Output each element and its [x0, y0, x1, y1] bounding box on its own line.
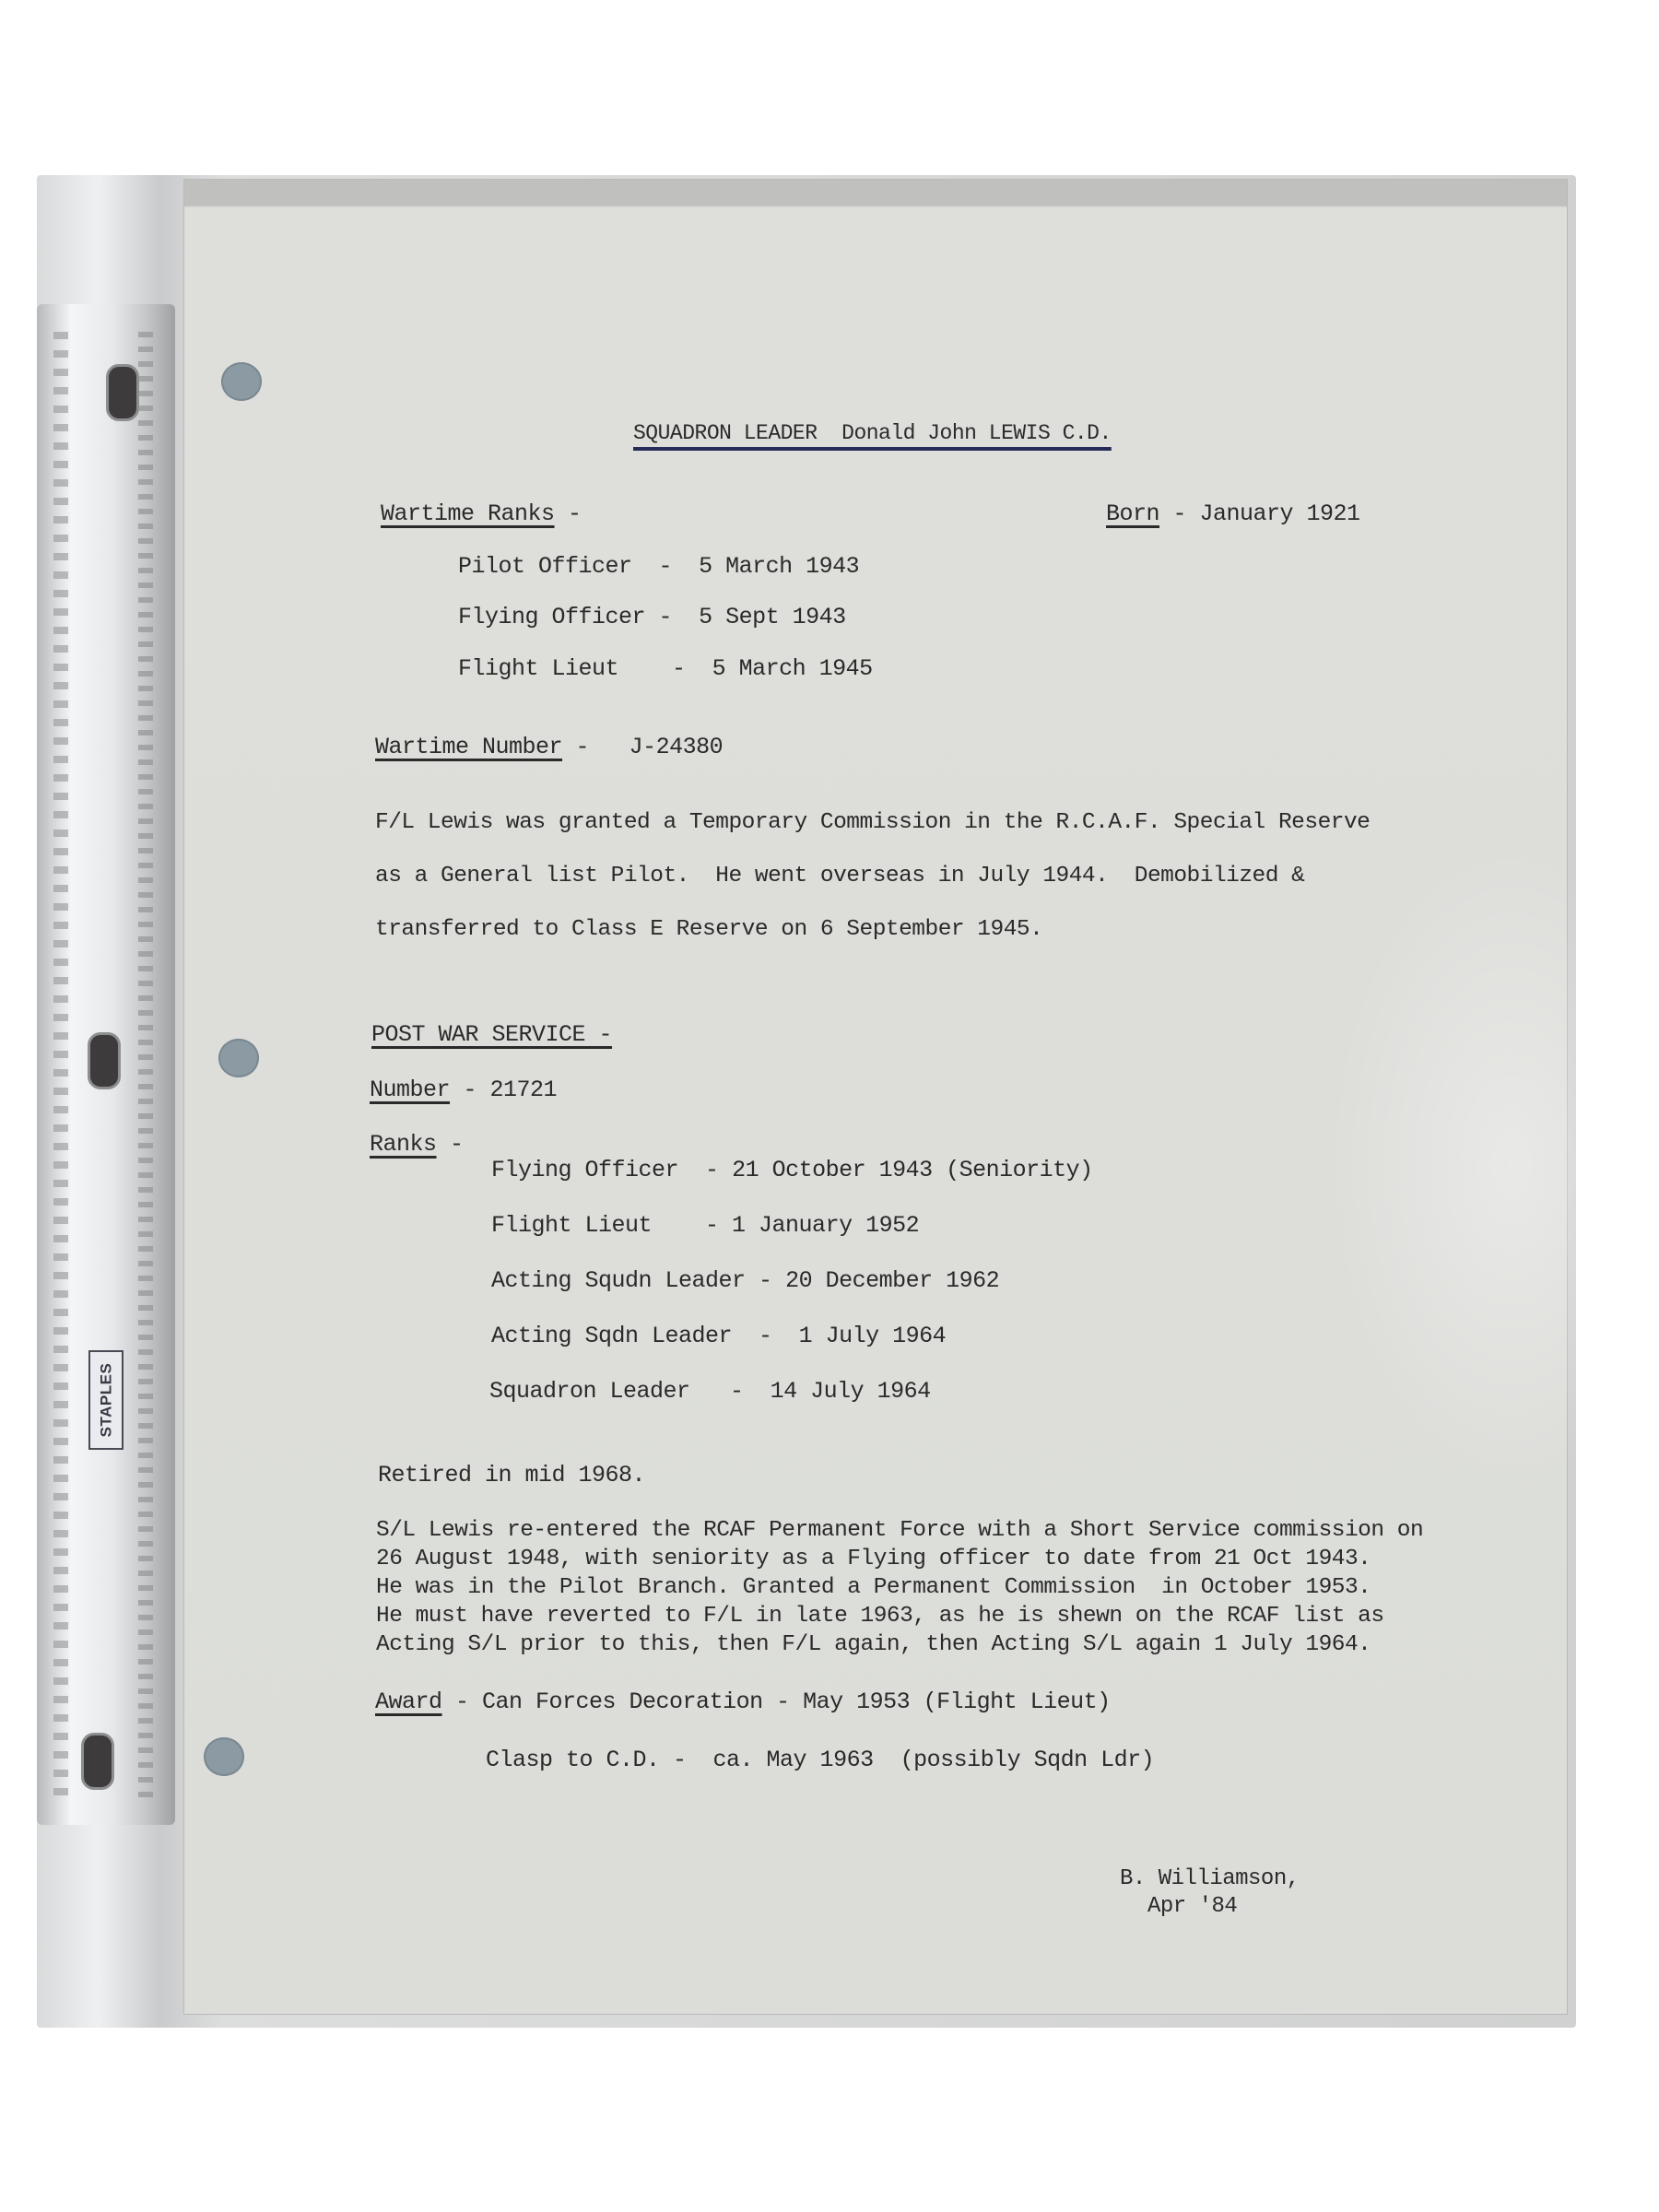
signature-name: B. Williamson,	[1120, 1866, 1300, 1891]
post-war-rank-row: Squadron Leader - 14 July 1964	[489, 1378, 931, 1405]
rank-date: 14 July 1964	[771, 1378, 931, 1405]
award-clasp-line: Clasp to C.D. - ca. May 1963 (possibly S…	[486, 1747, 1154, 1773]
rank-name: Pilot Officer	[458, 553, 632, 580]
sleeve-ring-slot-bottom	[81, 1733, 114, 1790]
wartime-ranks-dash: -	[555, 500, 582, 527]
document-page: SQUADRON LEADER Donald John LEWIS C.D. W…	[184, 180, 1567, 2014]
rank-name: Flight Lieut	[491, 1212, 652, 1239]
rank-sep: -	[732, 1323, 799, 1349]
born-value: - January 1921	[1159, 500, 1360, 527]
signature-date: Apr '84	[1147, 1894, 1237, 1919]
wartime-paragraph-line: F/L Lewis was granted a Temporary Commis…	[375, 809, 1370, 838]
post-war-ranks-heading: Ranks -	[370, 1131, 464, 1158]
award-label: Award	[375, 1688, 442, 1715]
punch-hole-bottom	[204, 1737, 244, 1776]
wartime-rank-row: Pilot Officer - 5 March 1943	[458, 553, 859, 580]
wartime-ranks-label: Wartime Ranks	[381, 500, 555, 527]
rank-sep: -	[690, 1378, 771, 1405]
rank-date: 1 July 1964	[799, 1323, 947, 1349]
post-war-number-label: Number	[370, 1077, 450, 1103]
retired-note: Retired in mid 1968.	[378, 1462, 645, 1488]
rank-date: 1 January 1952	[732, 1212, 919, 1239]
rank-name: Flying Officer	[458, 604, 645, 630]
rank-sep: -	[746, 1267, 786, 1294]
post-war-ranks-dash: -	[437, 1131, 464, 1158]
post-war-ranks-label: Ranks	[370, 1131, 437, 1158]
page-title: SQUADRON LEADER Donald John LEWIS C.D.	[633, 421, 1112, 445]
sleeve-ring-slot-middle	[88, 1032, 121, 1089]
post-war-paragraph-line: 26 August 1948, with seniority as a Flyi…	[376, 1546, 1371, 1574]
post-war-heading: POST WAR SERVICE -	[371, 1021, 612, 1048]
post-war-paragraph-line: S/L Lewis re-entered the RCAF Permanent …	[376, 1517, 1423, 1546]
wartime-number-label: Wartime Number	[375, 734, 562, 760]
wartime-paragraph-line: transferred to Class E Reserve on 6 Sept…	[375, 916, 1042, 945]
post-war-paragraph-line: He was in the Pilot Branch. Granted a Pe…	[376, 1574, 1371, 1603]
wartime-number-dash: -	[562, 734, 629, 760]
wartime-ranks-heading: Wartime Ranks -	[381, 500, 582, 527]
sleeve-ring-slot-top	[106, 364, 139, 421]
rank-date: 5 March 1945	[712, 655, 873, 682]
punch-hole-middle	[218, 1039, 259, 1077]
post-war-rank-row: Acting Sqdn Leader - 1 July 1964	[491, 1323, 946, 1349]
post-war-paragraph-line: He must have reverted to F/L in late 196…	[376, 1603, 1384, 1631]
award-value: - Can Forces Decoration - May 1953 (Flig…	[442, 1688, 1111, 1715]
post-war-number-field: Number - 21721	[370, 1077, 557, 1103]
rank-name: Squadron Leader	[489, 1378, 690, 1405]
post-war-number-value: - 21721	[450, 1077, 557, 1103]
rank-sep: -	[652, 1212, 732, 1239]
post-war-rank-row: Flying Officer - 21 October 1943 (Senior…	[491, 1157, 1093, 1183]
post-war-rank-row: Acting Squdn Leader - 20 December 1962	[491, 1267, 999, 1294]
punch-hole-top	[221, 362, 262, 401]
post-war-paragraph-line: Acting S/L prior to this, then F/L again…	[376, 1631, 1371, 1660]
sleeve-perforation-left	[53, 332, 68, 1806]
rank-sep: -	[645, 604, 699, 630]
post-war-rank-row: Flight Lieut - 1 January 1952	[491, 1212, 919, 1239]
wartime-rank-row: Flying Officer - 5 Sept 1943	[458, 604, 846, 630]
rank-date: 5 March 1943	[699, 553, 859, 580]
sleeve-perforation-right	[138, 332, 153, 1806]
born-field: Born - January 1921	[1106, 500, 1360, 527]
rank-sep: -	[618, 655, 712, 682]
rank-date: 20 December 1962	[785, 1267, 999, 1294]
staples-label-text: STAPLES	[97, 1363, 115, 1438]
rank-sep: -	[632, 553, 700, 580]
rank-name: Acting Sqdn Leader	[491, 1323, 732, 1349]
rank-date: 5 Sept 1943	[699, 604, 846, 630]
staples-brand-label: STAPLES	[88, 1350, 124, 1450]
wartime-number-value: J-24380	[629, 734, 724, 760]
wartime-number-field: Wartime Number - J-24380	[375, 734, 723, 760]
rank-name: Flying Officer	[491, 1157, 678, 1183]
rank-date: 21 October 1943 (Seniority)	[732, 1157, 1093, 1183]
sleeve-glare	[1327, 843, 1659, 1488]
wartime-paragraph-line: as a General list Pilot. He went oversea…	[375, 863, 1304, 891]
rank-sep: -	[678, 1157, 732, 1183]
rank-name: Acting Squdn Leader	[491, 1267, 746, 1294]
wartime-rank-row: Flight Lieut - 5 March 1945	[458, 655, 873, 682]
born-label: Born	[1106, 500, 1159, 527]
rank-name: Flight Lieut	[458, 655, 618, 682]
award-line: Award - Can Forces Decoration - May 1953…	[375, 1688, 1111, 1715]
